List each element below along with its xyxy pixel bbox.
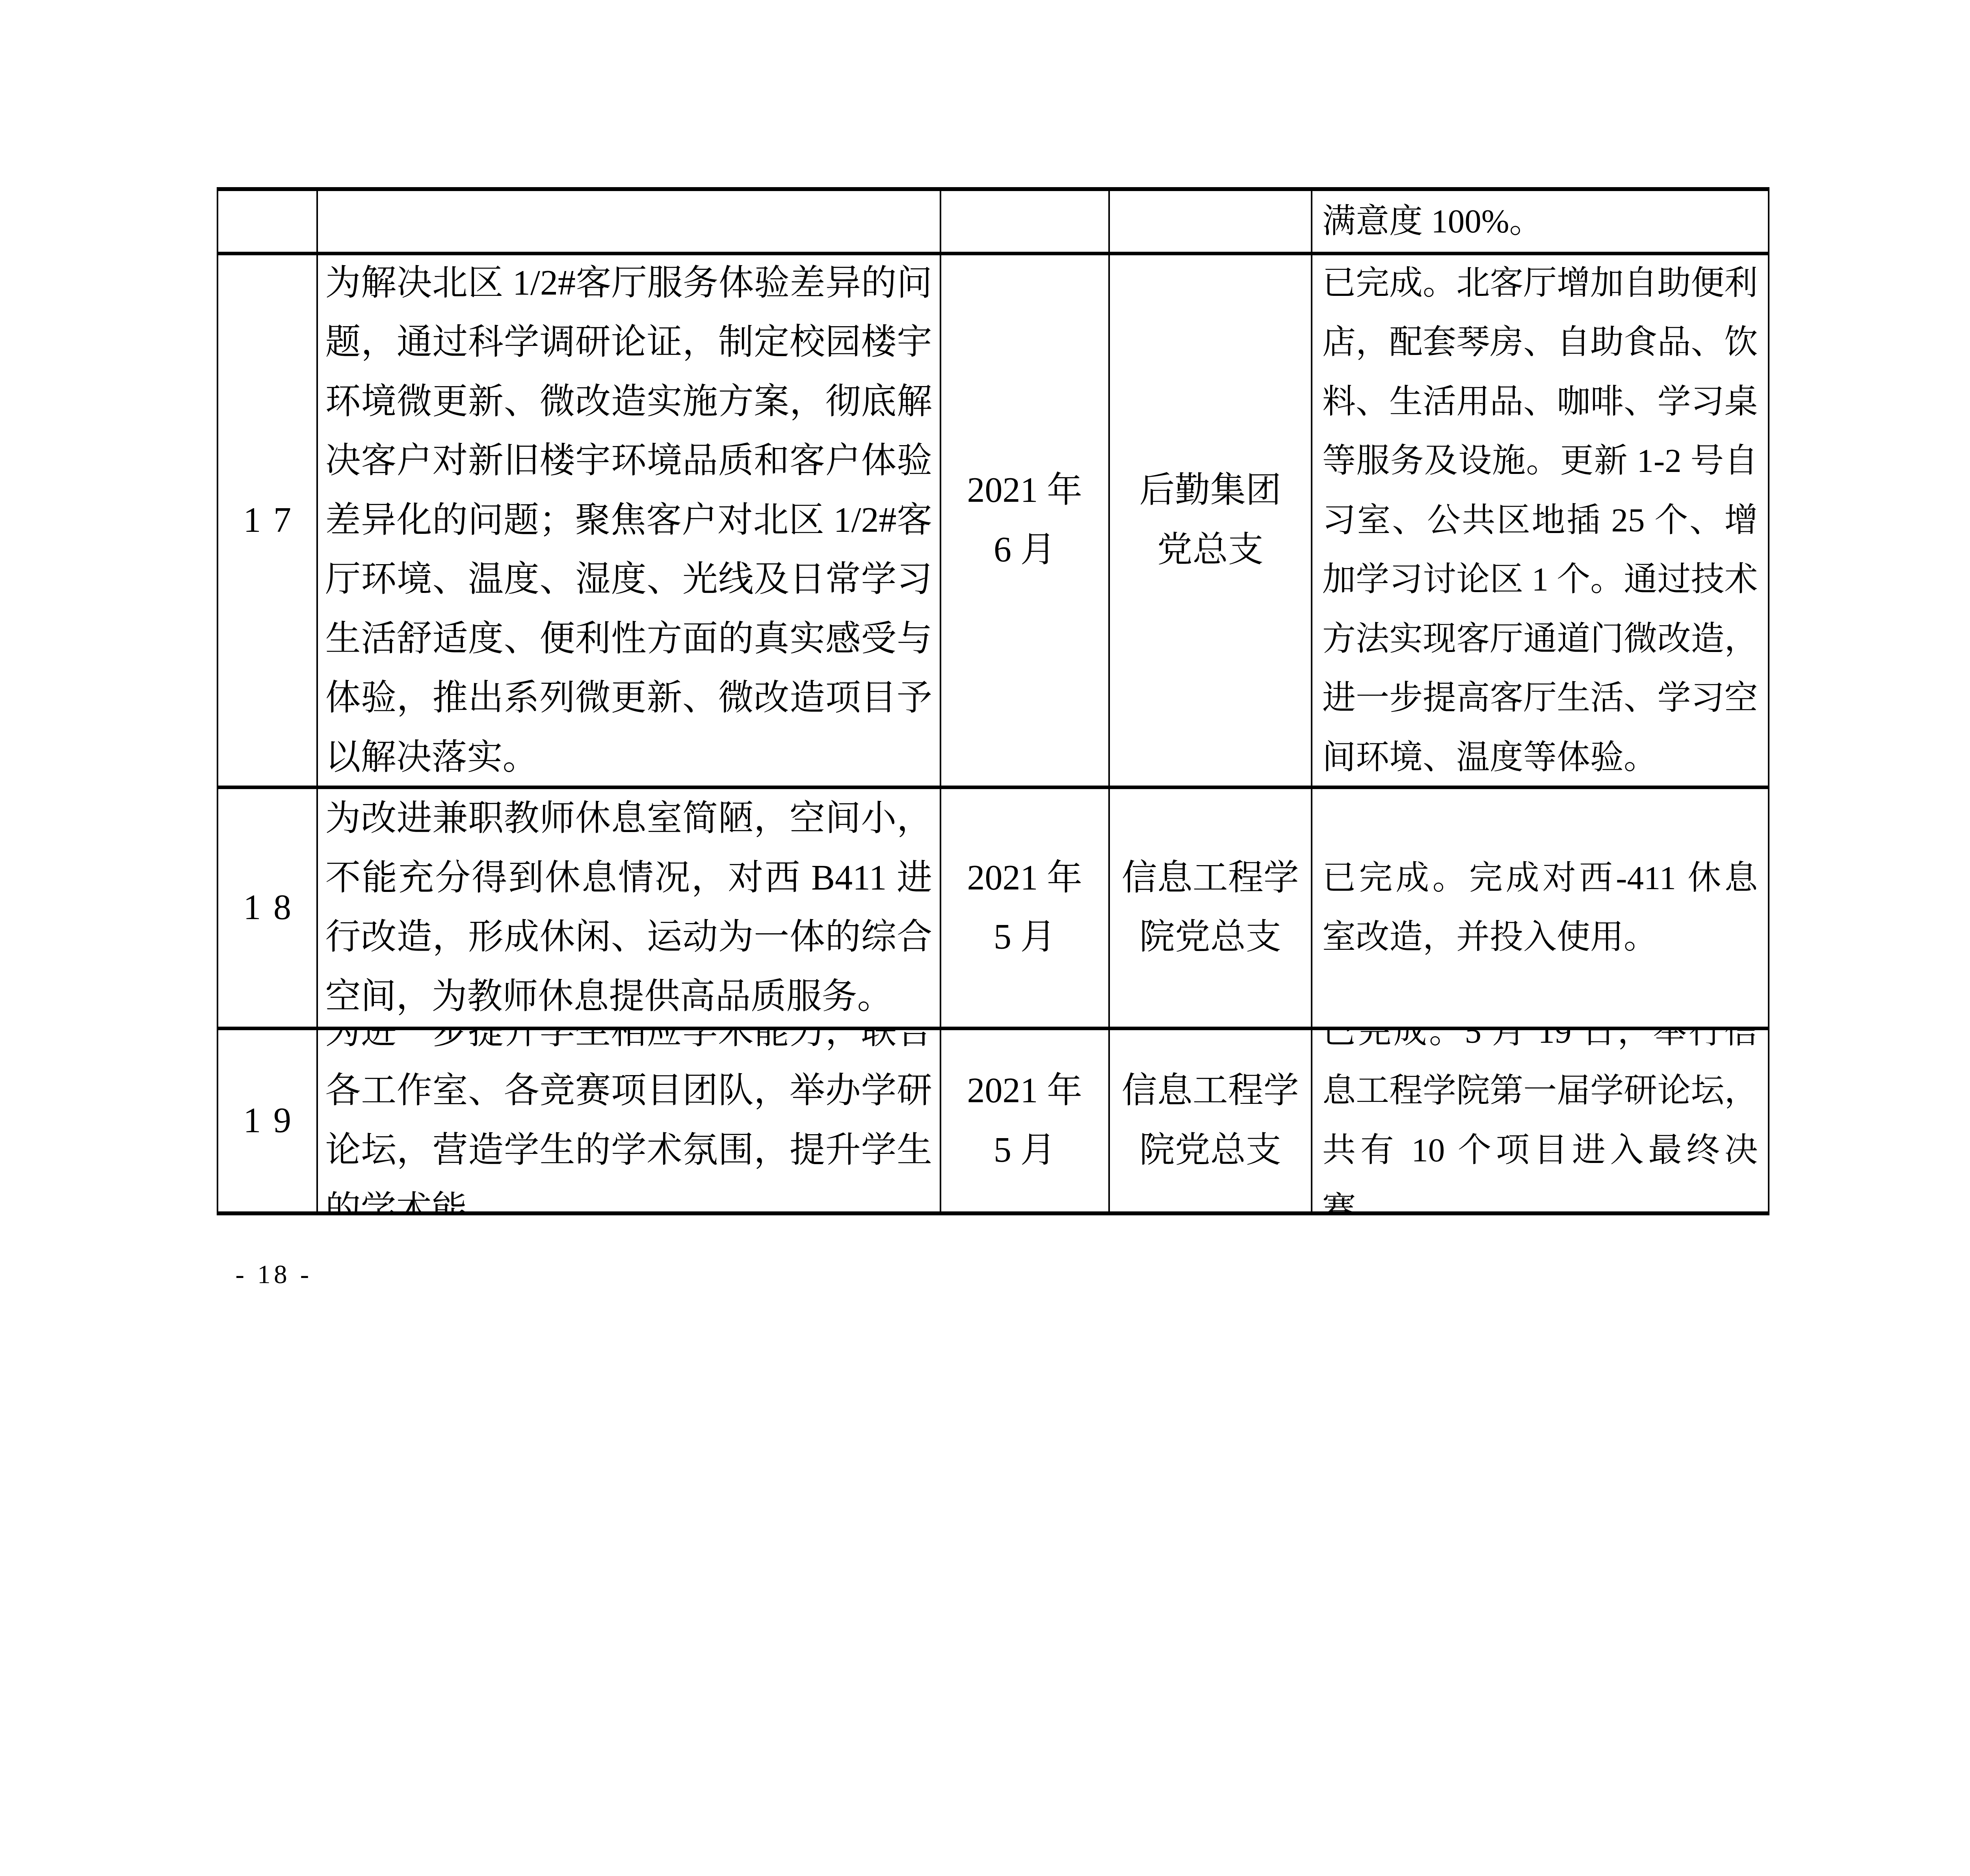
row-number-cell: 18 [218,789,318,1030]
description-cell: 为改进兼职教师休息室简陋，空间小，不能充分得到休息情况，对西 B411 进行改造… [318,789,942,1030]
row-number-cell: 19 [218,1030,318,1212]
description-cell: 为解决北区 1/2#客厅服务体验差异的问题，通过科学调研论证，制定校园楼宇环境微… [318,255,942,789]
page-number: - 18 - [236,1259,312,1290]
status-cell: 已完成。北客厅增加自助便利店，配套琴房、自助食品、饮料、生活用品、咖啡、学习桌等… [1312,255,1768,789]
status-cell: 满意度 100%。 [1312,191,1768,255]
row-number-cell: 17 [218,255,318,789]
status-cell: 已完成。5 月 19 日，举行信息工程学院第一届学研论坛，共有 10 个项目进入… [1312,1030,1768,1212]
description-cell [318,191,942,255]
row-number-cell [218,191,318,255]
department-cell: 信息工程学 院党总支 [1110,1030,1313,1212]
date-cell: 2021 年 6 月 [941,255,1110,789]
document-page: 满意度 100%。 17 为解决北区 1/2#客厅服务体验差异的问题，通过科学调… [0,0,1970,1393]
date-cell: 2021 年 5 月 [941,789,1110,1030]
department-cell [1110,191,1313,255]
date-cell [941,191,1110,255]
department-cell: 信息工程学 院党总支 [1110,789,1313,1030]
department-cell: 后勤集团 党总支 [1110,255,1313,789]
status-cell: 已完成。完成对西-411 休息室改造，并投入使用。 [1312,789,1768,1030]
description-cell: 为进一步提升学生相应学术能力，联合各工作室、各竞赛项目团队，举办学研论坛，营造学… [318,1030,942,1212]
date-cell: 2021 年 5 月 [941,1030,1110,1212]
document-table: 满意度 100%。 17 为解决北区 1/2#客厅服务体验差异的问题，通过科学调… [217,187,1769,1215]
